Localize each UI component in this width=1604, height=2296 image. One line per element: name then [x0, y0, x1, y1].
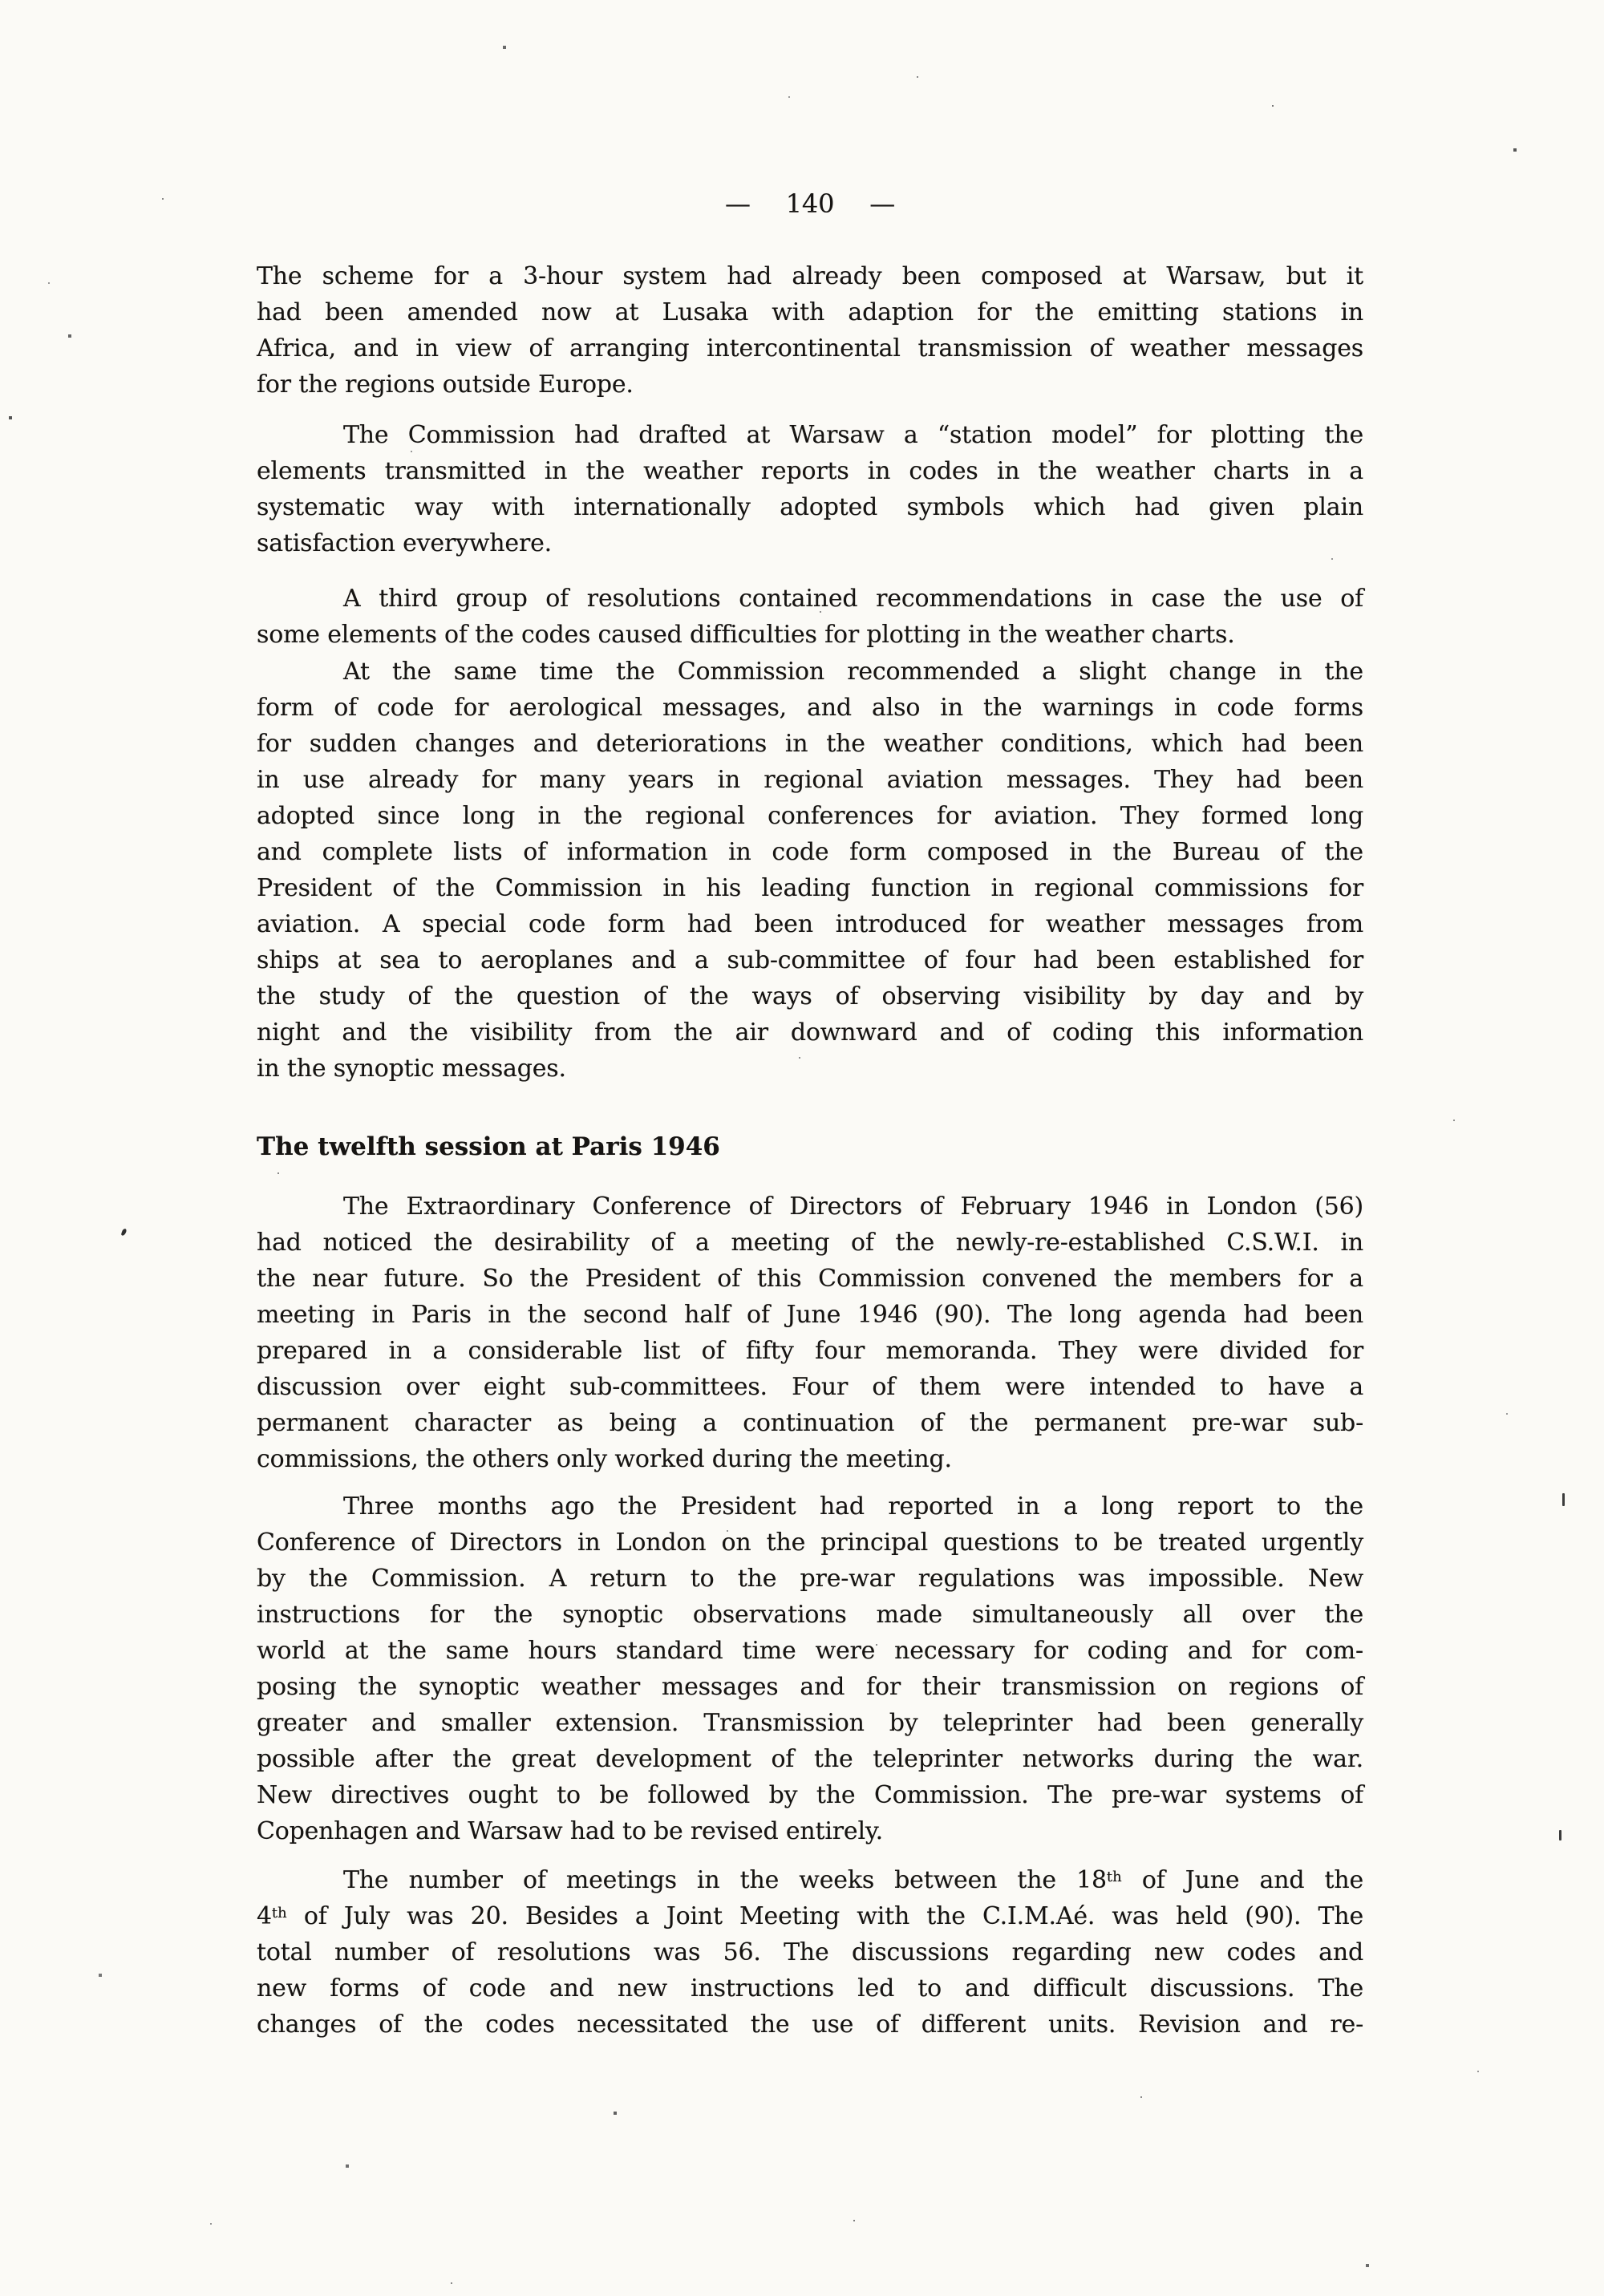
text-line: in the synoptic messages.: [257, 1051, 1363, 1087]
scan-noise-tick: [1562, 1493, 1565, 1506]
text-line: ships at sea to aeroplanes and a sub-com…: [257, 942, 1363, 978]
paragraph-number-of-meetings: The number of meetings in the weeks betw…: [257, 1862, 1363, 2043]
text-line: and complete lists of information in cod…: [257, 834, 1363, 870]
text-line: elements transmitted in the weather repo…: [257, 453, 1363, 489]
text-line: world at the same hours standard time we…: [257, 1633, 1363, 1669]
paragraph-president-report: Three months ago the President had repor…: [257, 1488, 1363, 1849]
scan-noise-tick: [1559, 1830, 1561, 1840]
text-line: 4th of July was 20. Besides a Joint Meet…: [257, 1898, 1363, 1934]
text-line: by the Commission. A return to the pre-w…: [257, 1561, 1363, 1597]
text-line: President of the Commission in his leadi…: [257, 870, 1363, 906]
page-number: — 140 —: [257, 186, 1363, 222]
text-line: for the regions outside Europe.: [257, 366, 1363, 403]
scan-noise-mark: [121, 1228, 128, 1236]
text-line: Africa, and in view of arranging interco…: [257, 330, 1363, 366]
text-line: prepared in a considerable list of fifty…: [257, 1333, 1363, 1369]
scanned-book-page: — 140 — The scheme for a 3-hour system h…: [0, 0, 1604, 2296]
paragraph-third-group-resolutions: A third group of resolutions contained r…: [257, 581, 1363, 653]
text-line: form of code for aerological messages, a…: [257, 690, 1363, 726]
text-line: posing the synoptic weather messages and…: [257, 1669, 1363, 1705]
paragraph-extraordinary-conference: The Extraordinary Conference of Director…: [257, 1188, 1363, 1477]
text-line: The number of meetings in the weeks betw…: [257, 1862, 1363, 1898]
paragraph-code-form-changes: At the same time the Commission recommen…: [257, 654, 1363, 1087]
text-line: meeting in Paris in the second half of J…: [257, 1297, 1363, 1333]
text-line: The Extraordinary Conference of Director…: [257, 1188, 1363, 1225]
text-line: changes of the codes necessitated the us…: [257, 2006, 1363, 2043]
text-line: discussion over eight sub-committees. Fo…: [257, 1369, 1363, 1405]
text-line: the near future. So the President of thi…: [257, 1261, 1363, 1297]
text-line: systematic way with internationally adop…: [257, 489, 1363, 525]
paragraph-station-model: The Commission had drafted at Warsaw a “…: [257, 417, 1363, 561]
text-line: in use already for many years in regiona…: [257, 762, 1363, 798]
text-line: had been amended now at Lusaka with adap…: [257, 294, 1363, 330]
text-line: instructions for the synoptic observatio…: [257, 1597, 1363, 1633]
text-line: At the same time the Commission recommen…: [257, 654, 1363, 690]
text-line: permanent character as being a continuat…: [257, 1405, 1363, 1441]
text-line: satisfaction everywhere.: [257, 525, 1363, 561]
text-line: possible after the great development of …: [257, 1741, 1363, 1777]
text-line: total number of resolutions was 56. The …: [257, 1934, 1363, 1970]
text-line: Three months ago the President had repor…: [257, 1488, 1363, 1525]
text-line: commissions, the others only worked duri…: [257, 1441, 1363, 1477]
text-line: Copenhagen and Warsaw had to be revised …: [257, 1813, 1363, 1849]
text-line: greater and smaller extension. Transmiss…: [257, 1705, 1363, 1741]
text-line: New directives ought to be followed by t…: [257, 1777, 1363, 1813]
text-line: Conference of Directors in London on the…: [257, 1525, 1363, 1561]
text-line: for sudden changes and deteriorations in…: [257, 726, 1363, 762]
text-line: The scheme for a 3-hour system had alrea…: [257, 258, 1363, 294]
section-heading-twelfth-session: The twelfth session at Paris 1946: [257, 1129, 1363, 1165]
text-line: some elements of the codes caused diffic…: [257, 617, 1363, 653]
text-line: aviation. A special code form had been i…: [257, 906, 1363, 942]
text-line: The Commission had drafted at Warsaw a “…: [257, 417, 1363, 453]
text-line: adopted since long in the regional confe…: [257, 798, 1363, 834]
text-line: A third group of resolutions contained r…: [257, 581, 1363, 617]
text-line: the study of the question of the ways of…: [257, 978, 1363, 1014]
text-line: night and the visibility from the air do…: [257, 1014, 1363, 1051]
paragraph-3hour-scheme: The scheme for a 3-hour system had alrea…: [257, 258, 1363, 403]
text-line: new forms of code and new instructions l…: [257, 1970, 1363, 2006]
text-line: had noticed the desirability of a meetin…: [257, 1225, 1363, 1261]
scan-noise-specks: [0, 0, 2, 2]
